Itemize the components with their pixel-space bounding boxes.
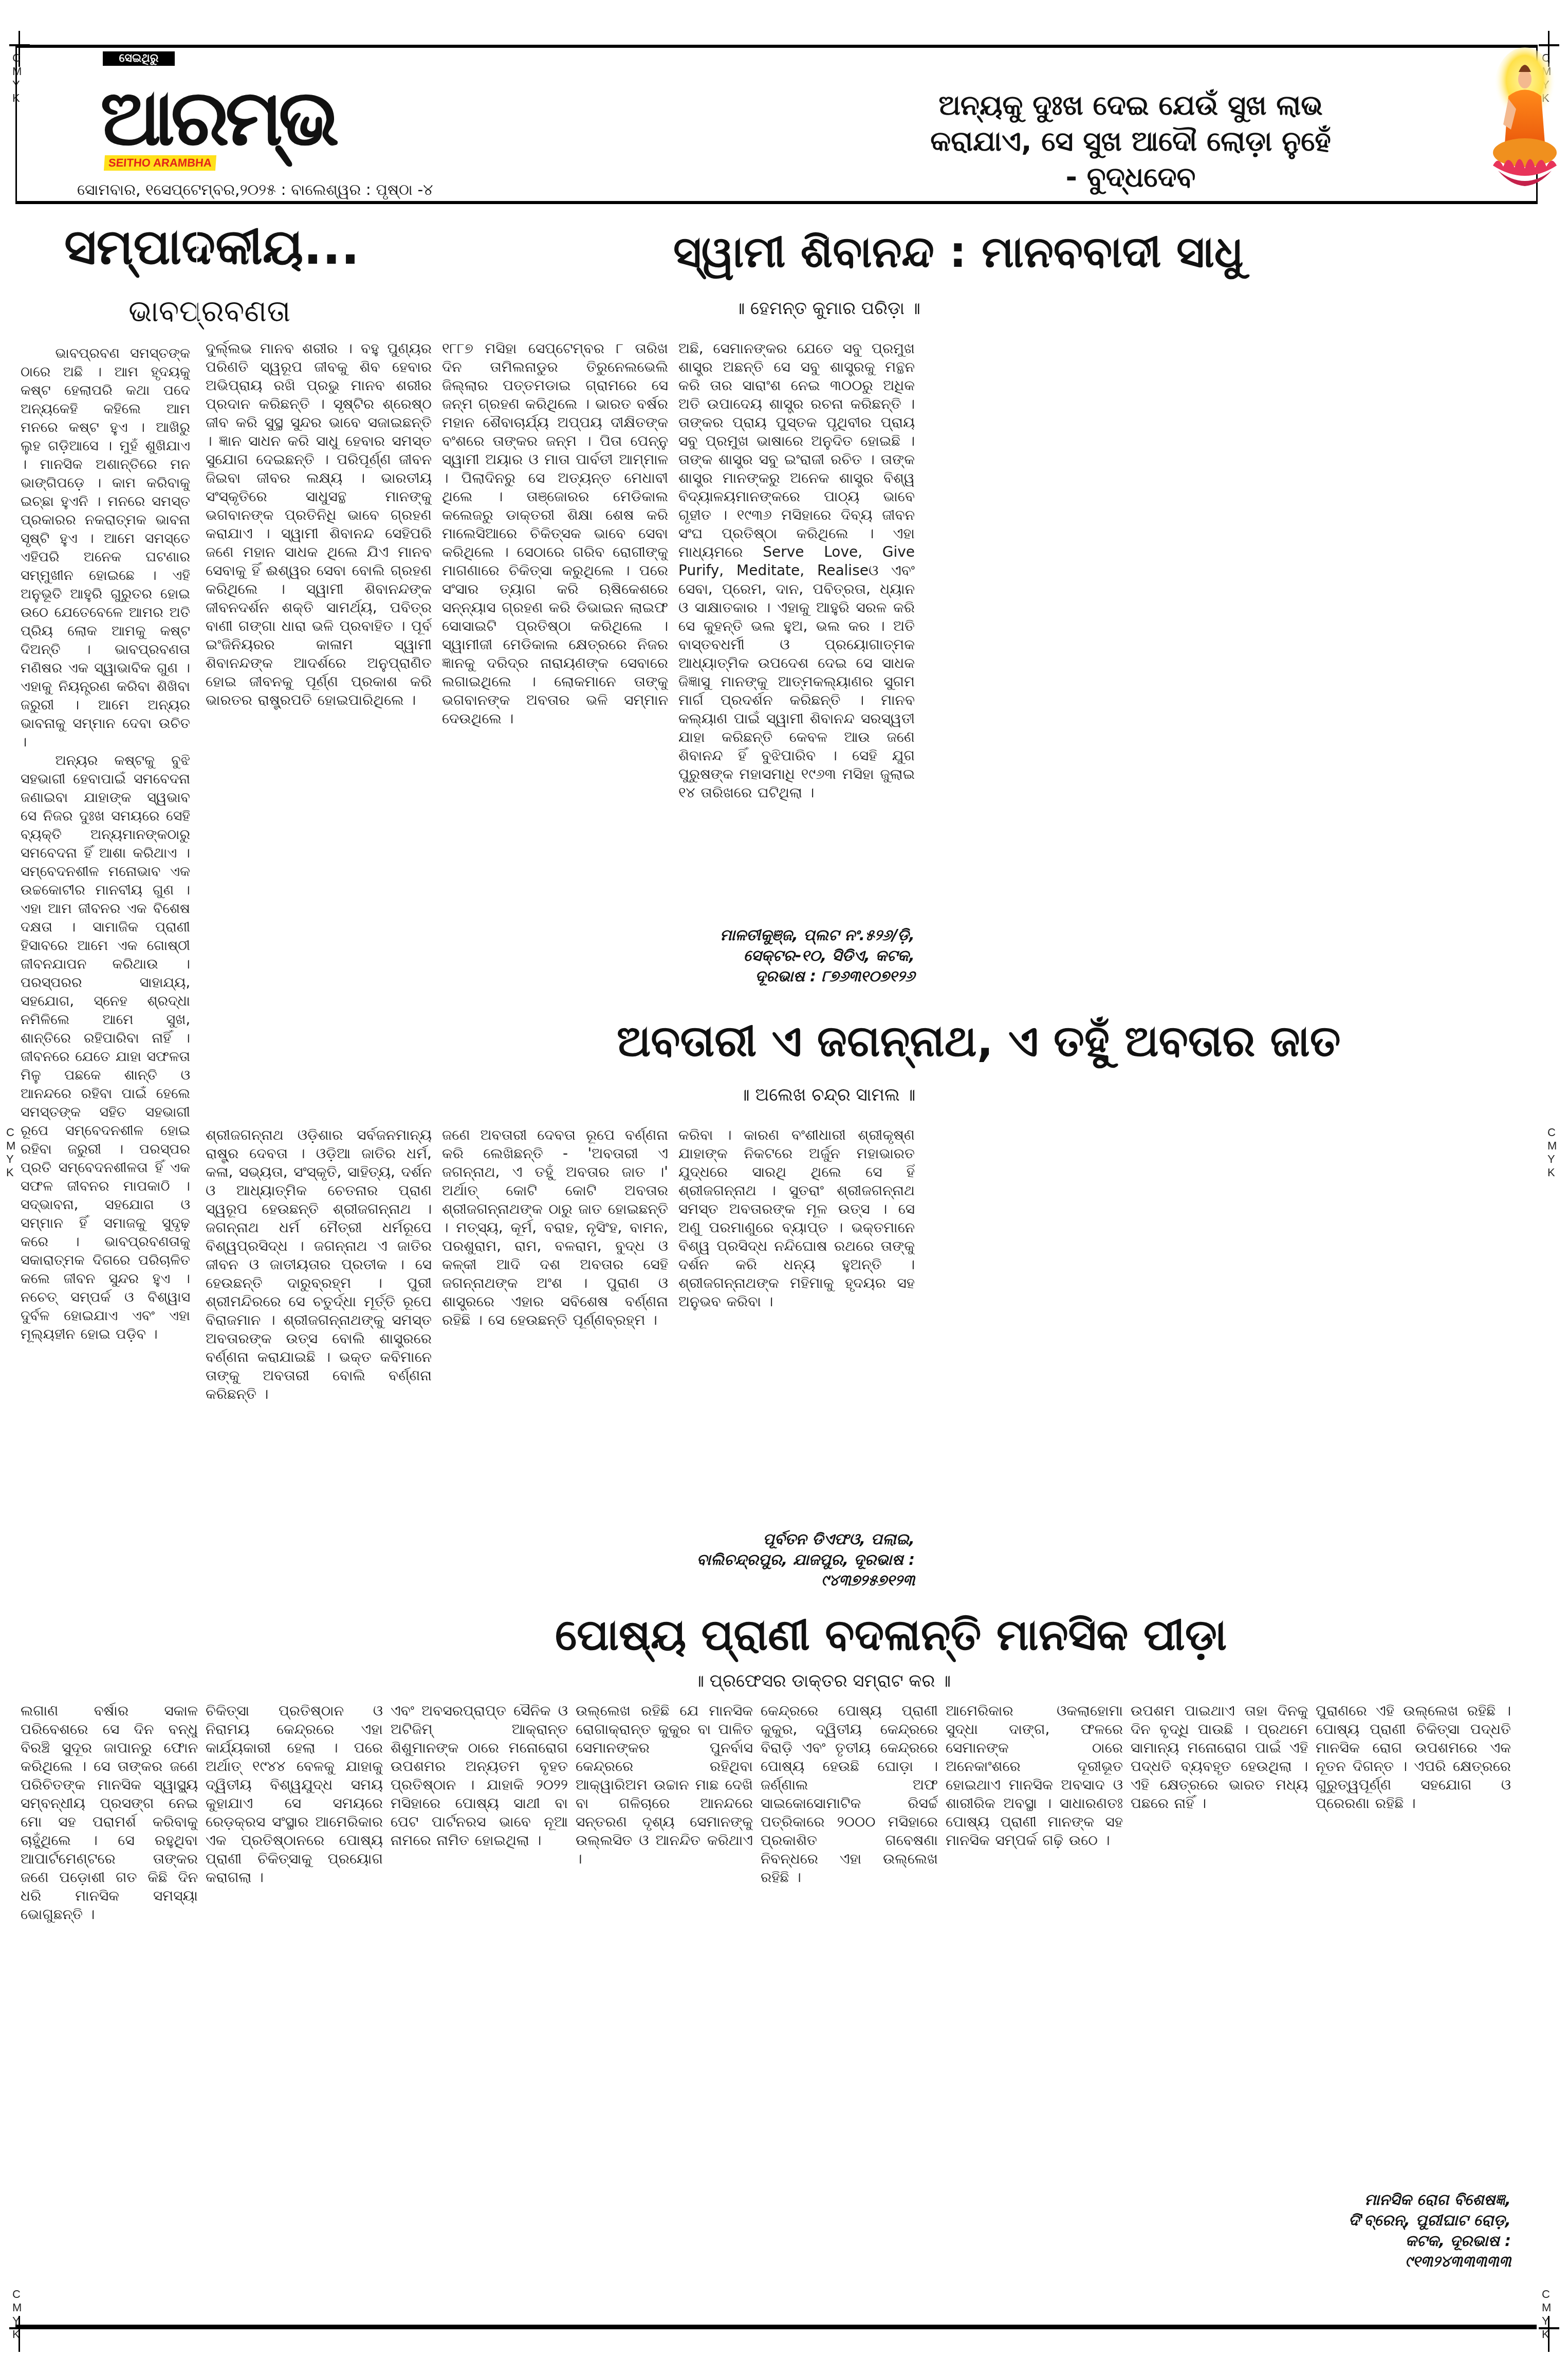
editorial-section-title: ସମ୍ପାଦକୀୟ... <box>64 216 360 278</box>
masthead-quote: ଅନ୍ୟକୁ ଦୁଃଖ ଦେଇ ଯେଉଁ ସୁଖ ଲାଭ କରାଯାଏ, ସେ … <box>848 87 1413 195</box>
registration-mark-mid-right: CMYK <box>1544 1126 1565 1213</box>
registration-mark-bottom-left: CMYK <box>9 2288 30 2374</box>
pets-column-7: ଉପଶମ ପାଇଥାଏ ତାହା ଦିନକୁ ଦିନ ବୃଦ୍ଧି ପାଉଛି … <box>1131 1702 1308 2282</box>
logo-subtitle: ସେଇଥିରୁ <box>103 51 175 66</box>
pets-column-8: ପୁରାଣରେ ଏହି ଉଲ୍ଲେଖ ରହିଛି । ପୋଷ୍ୟ ପ୍ରାଣୀ … <box>1316 1702 1511 2200</box>
shivananda-headline: ସ୍ୱାମୀ ଶିବାନନ୍ଦ : ମାନବବାଦୀ ସାଧୁ <box>673 226 1244 278</box>
pets-column-5: କେନ୍ଦ୍ରରେ ପୋଷ୍ୟ ପ୍ରାଣୀ କୁକୁର, ଦ୍ୱିତୀୟ କେ… <box>761 1702 938 2282</box>
shivananda-column-3: ଅଛି, ସେମାନଙ୍କର ଯେତେ ସବୁ ପ୍ରମୁଖ ଶାସ୍ତ୍ର ଅ… <box>678 339 915 930</box>
dateline: ସୋମବାର, ୧ସେପ୍ଟେମ୍ବର,୨୦୨୫ : ବାଲେଶ୍ୱର : ପୃ… <box>77 181 211 199</box>
jagannath-column-3: କରିବା । କାରଣ ବଂଶୀଧାରୀ ଶ୍ରୀକୃଷ୍ଣ ଯାହାଙ୍କ … <box>678 1126 915 1527</box>
shivananda-signoff: ମାଳତୀକୁଞ୍ଜ, ପ୍ଲଟ ନଂ.୫୨୬/ଡ଼ି, ସେକ୍ଟର-୧୦, … <box>684 925 915 987</box>
shivananda-column-2: ୧୮୮୭ ମସିହା ସେପ୍ଟେମ୍ବର ୮ ତାରିଖ ଦିନ ତାମିଲନ… <box>442 339 668 992</box>
logo-tagline: SEITHO ARAMBHA <box>104 155 216 171</box>
pets-byline: ॥ ପ୍ରଫେସର ଡାକ୍ତର ସମ୍ରାଟ କର ॥ <box>678 1671 966 1691</box>
editorial-paragraph: ଭାବପ୍ରବଣ ସମସ୍ତଙ୍କ ଠାରେ ଅଛି । ଆମ ହୃଦୟକୁ କ… <box>21 344 190 752</box>
registration-mark-bottom-right: CMYK <box>1539 2288 1559 2374</box>
pets-column-3: ଏବଂ ଅବସରପ୍ରାପ୍ତ ସୈନିକ ଓ ଅଟିଜିମ୍ ଆକ୍ରାନ୍ତ… <box>391 1702 568 2282</box>
quote-line-2: କରାଯାଏ, ସେ ସୁଖ ଆଦୌ ଲୋଡ଼ା ନୁହେଁ <box>848 123 1413 159</box>
jagannath-signoff: ପୂର୍ବତନ ଡିଏଫଓ, ପଲାଇ, ବାଲିଚନ୍ଦ୍ରପୁର, ଯାଜପ… <box>668 1529 915 1591</box>
shivananda-column-1: ଦୁର୍ଲ୍ଲଭ ମାନବ ଶରୀର । ବହୁ ପୁଣ୍ୟର ପରିଣତି ସ… <box>206 339 432 992</box>
pets-column-1: ଲଗାଣ ବର୍ଷାର ସକାଳ ପରିବେଶରେ ସେ ଦିନ ବନ୍ଧୁ ବ… <box>21 1702 198 2282</box>
newspaper-logo: ଆରମ୍ଭ <box>100 67 182 170</box>
quote-line-1: ଅନ୍ୟକୁ ଦୁଃଖ ଦେଇ ଯେଉଁ ସୁଖ ଲାଭ <box>848 87 1413 123</box>
jagannath-byline: ॥ ଅଲେଖ ଚନ୍ଦ୍ର ସାମଲ ॥ <box>709 1085 946 1105</box>
jagannath-column-2: ଜଣେ ଅବତାରୀ ଦେବତା ରୂପେ ବର୍ଣ୍ଣନା କରି ଲେଖିଛ… <box>442 1126 668 1614</box>
bottom-border-rule <box>15 2325 1537 2329</box>
jagannath-headline: ଅବତାରୀ ଏ ଜଗନ୍ନାଥ, ଏ ତହୁଁ ଅବତାର ଜାତ <box>617 1015 1341 1067</box>
pets-column-4: ଉଲ୍ଲେଖ ରହିଛି ଯେ ମାନସିକ ରୋଗାକ୍ରାନ୍ତ କୁକୁର… <box>576 1702 753 2282</box>
editorial-body: ଭାବପ୍ରବଣ ସମସ୍ତଙ୍କ ଠାରେ ଅଛି । ଆମ ହୃଦୟକୁ କ… <box>21 344 190 1588</box>
quote-author: - ବୁଦ୍ଧଦେବ <box>848 159 1413 195</box>
column-divider <box>196 221 197 1599</box>
pets-signoff: ମାନସିକ ରୋଗ ବିଶେଷଜ୍ଞ, ଦି'ବ୍ରେନ୍, ପୁରୀଘାଟ … <box>1336 2190 1511 2272</box>
pets-column-6: ଆମେରିକାର ଓକଲାହୋମା ସୁଦ୍ଧା ଦାଙ୍ଗ, ଫଳରେ ସେମ… <box>946 1702 1123 2282</box>
shivananda-byline: ॥ ହେମନ୍ତ କୁମାର ପରିଡ଼ା ॥ <box>709 298 946 319</box>
editorial-headline: ଭାବପ୍ରବଣତା <box>128 293 290 329</box>
editorial-paragraph: ଅନ୍ୟର କଷ୍ଟକୁ ବୁଝି ସହଭାଗୀ ହେବାପାଇଁ ସମବେଦନ… <box>21 752 190 1344</box>
pets-column-2: ଚିକିତ୍ସା ପ୍ରତିଷ୍ଠାନ ଓ ନିରାମୟ କେନ୍ଦ୍ରରେ ଏ… <box>206 1702 383 2282</box>
buddha-illustration-icon <box>1488 47 1560 196</box>
jagannath-column-1: ଶ୍ରୀଜଗନ୍ନାଥ ଓଡ଼ିଶାର ସର୍ବଜନମାନ୍ୟ ରାଷ୍ଟ୍ର … <box>206 1126 432 1614</box>
pets-headline: ପୋଷ୍ୟ ପ୍ରାଣୀ ବଦଳାନ୍ତି ମାନସିକ ପୀଡ଼ା <box>555 1609 1227 1660</box>
